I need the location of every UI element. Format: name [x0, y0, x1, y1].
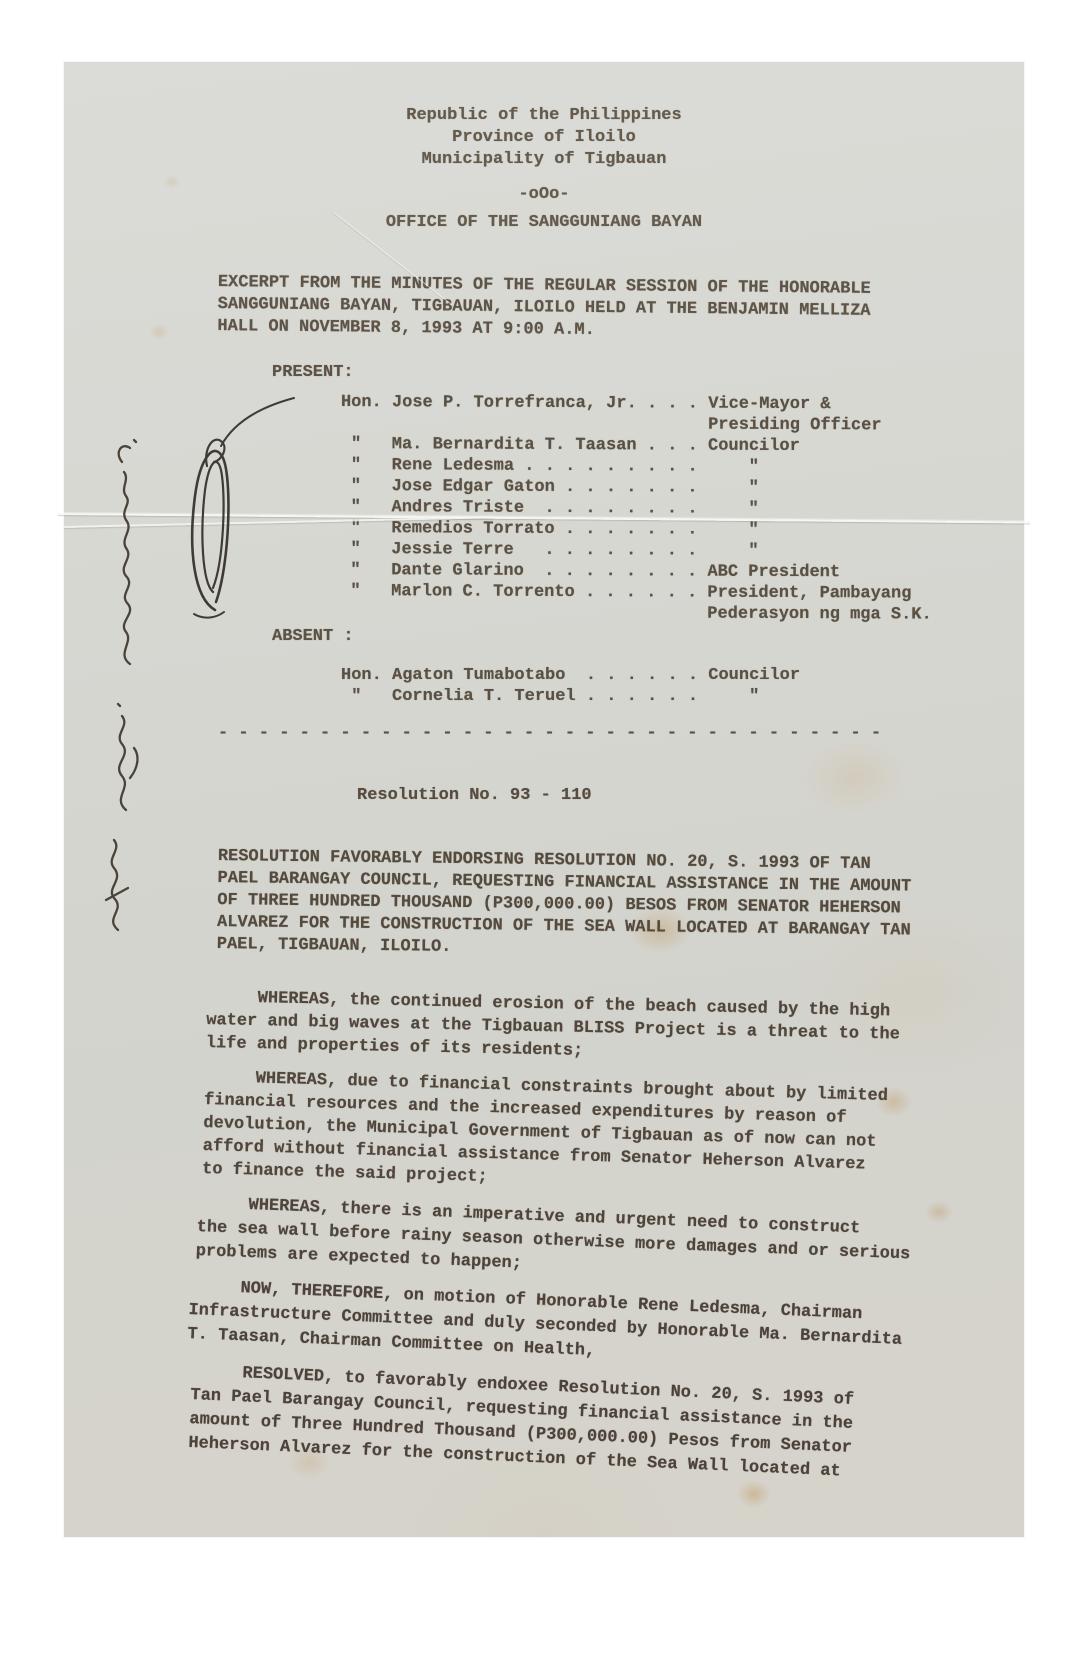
header-municipality: Municipality of Tigbauan: [64, 150, 1024, 169]
resolution-title-paragraph: RESOLUTION FAVORABLY ENDORSING RESOLUTIO…: [217, 846, 912, 964]
header-province: Province of Iloilo: [64, 128, 1024, 147]
whereas-clause-2: WHEREAS, due to financial constraints br…: [202, 1066, 888, 1200]
header-office: OFFICE OF THE SANGGUNIANG BAYAN: [64, 213, 1024, 232]
document-scan: Republic of the Philippines Province of …: [0, 0, 1088, 1664]
excerpt-paragraph: EXCERPT FROM THE MINUTES OF THE REGULAR …: [217, 272, 871, 345]
present-label: PRESENT:: [272, 363, 354, 382]
header-republic: Republic of the Philippines: [64, 106, 1024, 125]
now-therefore-clause: NOW, THEREFORE, on motion of Honorable R…: [187, 1275, 904, 1377]
present-attendance-list: Hon. Jose P. Torrefranca, Jr. . . . Vice…: [340, 392, 933, 626]
document-page: Republic of the Philippines Province of …: [64, 62, 1024, 1537]
signature-scribble: [192, 398, 294, 618]
whereas-clause-1: WHEREAS, the continued erosion of the be…: [206, 986, 901, 1070]
resolved-clause: RESOLVED, to favorably endoxee Resolutio…: [188, 1360, 855, 1485]
resolution-number-heading: Resolution No. 93 - 110: [357, 786, 592, 805]
absent-attendance-list: Hon. Agaton Tumabotabo . . . . . . Counc…: [341, 665, 800, 707]
header-divider: -oOo-: [64, 185, 1024, 204]
dashed-separator: - - - - - - - - - - - - - - - - - - - - …: [218, 724, 881, 743]
absent-label: ABSENT :: [272, 627, 354, 646]
whereas-clause-3: WHEREAS, there is an imperative and urge…: [195, 1192, 911, 1291]
